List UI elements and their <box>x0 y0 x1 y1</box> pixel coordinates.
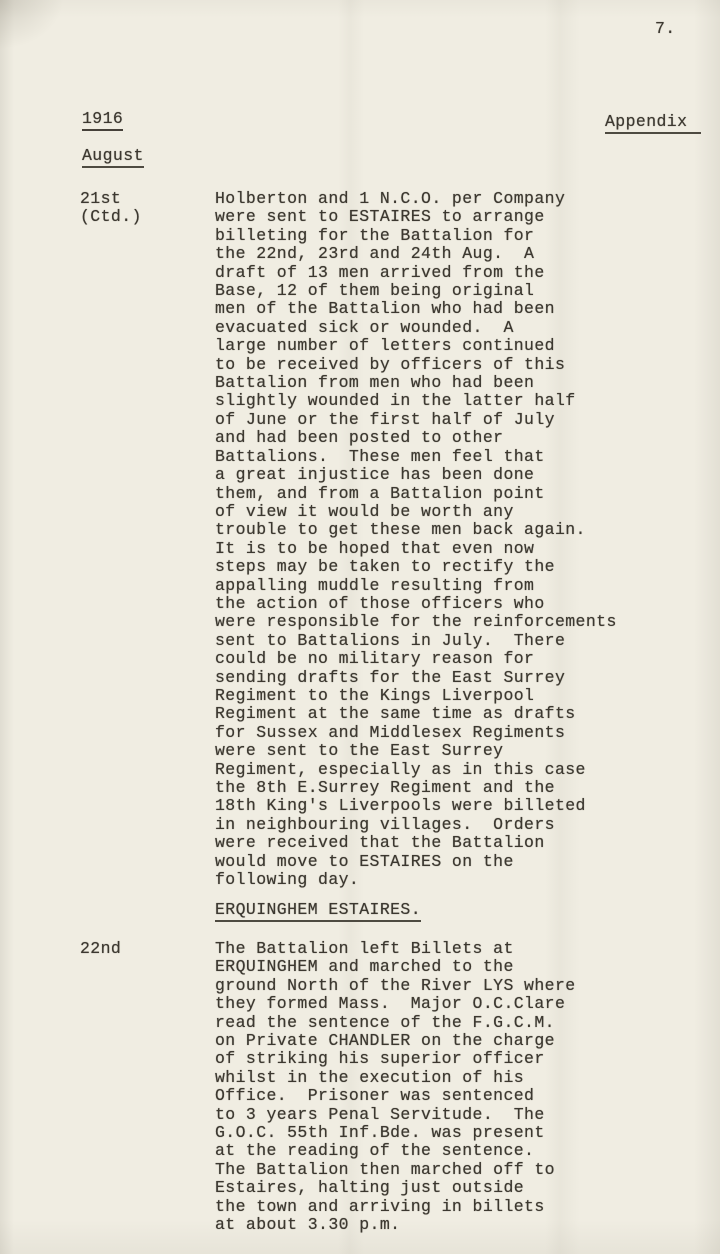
appendix-label: Appendix <box>605 113 701 131</box>
year-text: 1916 <box>82 109 123 131</box>
diary-page: 7. 1916 Appendix August 21st (Ctd.) Holb… <box>0 0 720 1254</box>
entry-date-21st: 21st (Ctd.) <box>80 190 142 227</box>
entry-date-22nd: 22nd <box>80 940 121 958</box>
year-label: 1916 <box>82 110 123 128</box>
month-label: August <box>82 147 144 165</box>
section-heading: ERQUINGHEM ESTAIRES. <box>215 901 421 919</box>
month-text: August <box>82 146 144 168</box>
section-heading-text: ERQUINGHEM ESTAIRES. <box>215 900 421 922</box>
entry-body-22nd: The Battalion left Billets at ERQUINGHEM… <box>215 940 685 1235</box>
appendix-text: Appendix <box>605 112 701 134</box>
entry-body-21st: Holberton and 1 N.C.O. per Company were … <box>215 190 685 889</box>
page-number: 7. <box>655 20 676 38</box>
